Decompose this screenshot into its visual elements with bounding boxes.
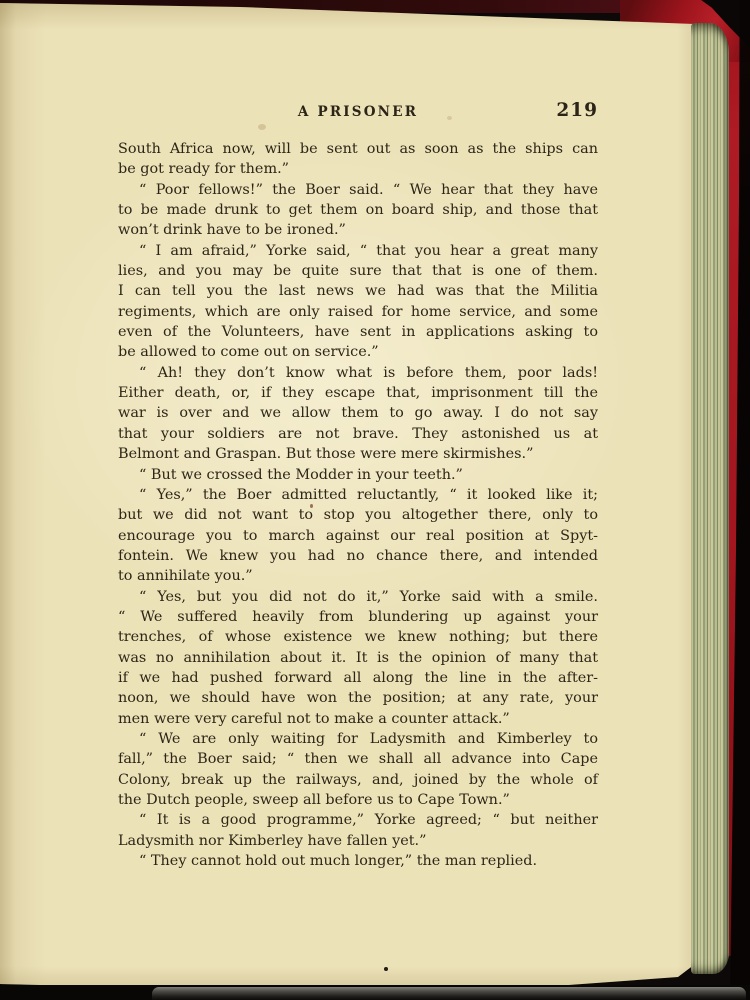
paragraph: “ We are only waiting for Ladysmith and …	[118, 729, 598, 810]
paragraph: “ Yes, but you did not do it,” Yorke sai…	[118, 587, 598, 729]
text-line: men were very careful not to make a coun…	[118, 709, 598, 729]
text-line: fall,” the Boer said; “ then we shall al…	[118, 749, 598, 769]
text-line: “ They cannot hold out much longer,” the…	[118, 851, 598, 871]
page-fore-edge-stack	[691, 23, 729, 974]
text-block: South Africa now, will be sent out as so…	[118, 139, 598, 871]
text-line: be allowed to come out on service.”	[118, 342, 598, 362]
text-line: “ We suffered heavily from blundering up…	[118, 607, 598, 627]
text-line: Belmont and Graspan. But those were mere…	[118, 444, 598, 464]
paragraph: “ Poor fellows!” the Boer said. “ We hea…	[118, 180, 598, 241]
text-line: “ But we crossed the Modder in your teet…	[118, 465, 598, 485]
text-line: “ Yes, but you did not do it,” Yorke sai…	[118, 587, 598, 607]
text-line: Ladysmith nor Kimberley have fallen yet.…	[118, 831, 598, 851]
ink-speck	[310, 504, 313, 508]
text-line: “ Ah! they don’t know what is before the…	[118, 363, 598, 383]
paragraph: “ They cannot hold out much longer,” the…	[118, 851, 598, 871]
text-line: the Dutch people, sweep all before us to…	[118, 790, 598, 810]
scanned-book-photo: A PRISONER 219 South Africa now, will be…	[0, 0, 750, 1000]
paragraph: “ I am afraid,” Yorke said, “ that you h…	[118, 241, 598, 363]
foxing-spot	[447, 116, 452, 120]
foxing-spot	[258, 124, 266, 130]
text-line: encourage you to march against our real …	[118, 526, 598, 546]
text-line: “ Yes,” the Boer admitted reluctantly, “…	[118, 485, 598, 505]
paragraph: “ But we crossed the Modder in your teet…	[118, 465, 598, 485]
text-line: if we had pushed forward all along the l…	[118, 668, 598, 688]
text-line: “ I am afraid,” Yorke said, “ that you h…	[118, 241, 598, 261]
paragraph: South Africa now, will be sent out as so…	[118, 139, 598, 180]
text-line: Colony, break up the railways, and, join…	[118, 770, 598, 790]
text-line: to be made drunk to get them on board sh…	[118, 200, 598, 220]
book-cradle-bar	[152, 987, 746, 1000]
text-line: lies, and you may be quite sure that tha…	[118, 261, 598, 281]
paragraph: “ It is a good programme,” Yorke agreed;…	[118, 810, 598, 851]
text-line: noon, we should have won the position; a…	[118, 688, 598, 708]
text-line: even of the Volunteers, have sent in app…	[118, 322, 598, 342]
text-line: but we did not want to stop you altogeth…	[118, 505, 598, 525]
text-line: war is over and we allow them to go away…	[118, 403, 598, 423]
text-line: regiments, which are only raised for hom…	[118, 302, 598, 322]
text-line: fontein. We knew you had no chance there…	[118, 546, 598, 566]
text-line: South Africa now, will be sent out as so…	[118, 139, 598, 159]
paragraph: “ Ah! they don’t know what is before the…	[118, 363, 598, 465]
text-line: “ We are only waiting for Ladysmith and …	[118, 729, 598, 749]
text-line: to annihilate you.”	[118, 566, 598, 586]
text-line: “ It is a good programme,” Yorke agreed;…	[118, 810, 598, 830]
page-number: 219	[556, 100, 598, 121]
text-line: trenches, of whose existence we knew not…	[118, 627, 598, 647]
text-line: “ Poor fellows!” the Boer said. “ We hea…	[118, 180, 598, 200]
running-header: A PRISONER 219	[118, 104, 598, 128]
text-line: I can tell you the last news we had was …	[118, 281, 598, 301]
ink-speck	[384, 967, 388, 971]
text-line: be got ready for them.”	[118, 159, 598, 179]
text-line: that your soldiers are not brave. They a…	[118, 424, 598, 444]
text-line: won’t drink have to be ironed.”	[118, 220, 598, 240]
chapter-title: A PRISONER	[118, 104, 598, 120]
paragraph: “ Yes,” the Boer admitted reluctantly, “…	[118, 485, 598, 587]
text-line: Either death, or, if they escape that, i…	[118, 383, 598, 403]
text-line: was no annihilation about it. It is the …	[118, 648, 598, 668]
